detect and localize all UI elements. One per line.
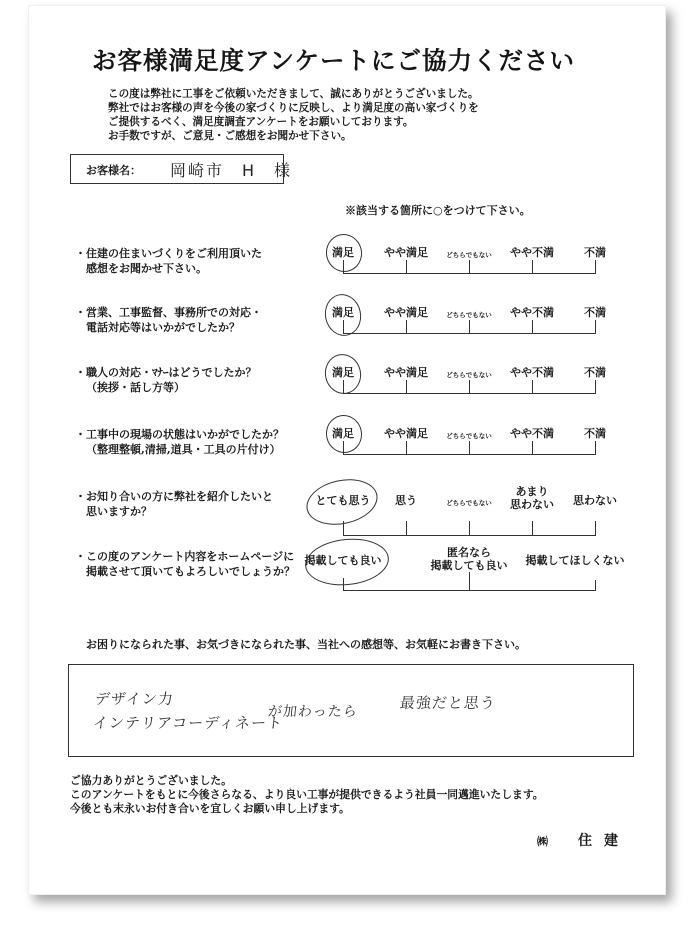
option-somewhat-dissatisfied[interactable]: やや不満 bbox=[510, 427, 554, 440]
scale-tick bbox=[532, 521, 533, 536]
handwritten-line: 最強だと思う bbox=[399, 692, 497, 713]
scale-tick bbox=[469, 521, 470, 536]
rating-scale-6: 掲載しても良い 匿名なら 掲載しても良い 掲載してほしくない bbox=[300, 542, 640, 602]
question-text: 職人の対応・ﾏﾅｰはどうでしたか？ bbox=[75, 365, 257, 380]
scale-tick bbox=[595, 580, 596, 591]
scale-tick bbox=[469, 320, 470, 334]
scale-tick bbox=[595, 380, 596, 394]
closing-line: 今後とも末永いお付き合いを宜しくお願い申し上げます。 bbox=[70, 802, 544, 816]
customer-name-label: お客様名： bbox=[86, 162, 141, 178]
scale-tick bbox=[532, 441, 533, 455]
rating-scale-4: 満足 やや満足 どちらでもない やや不満 不満 bbox=[300, 421, 640, 481]
rating-scale-1: 満足 やや満足 どちらでもない やや不満 不満 bbox=[300, 240, 640, 300]
question-text: 思いますか？ bbox=[75, 504, 273, 519]
question-text: 感想をお聞かせ下さい。 bbox=[75, 261, 262, 276]
question-1: ・ 住建の住まいづくりをご利用頂いた 感想をお聞かせ下さい。 bbox=[75, 246, 262, 276]
corporation-mark: ㈱ bbox=[537, 835, 548, 848]
question-4: ・ 工事中の現場の状態はいかがでしたか？ （整理整頓,清掃,道具・工具の片付け） bbox=[75, 427, 284, 457]
selection-circle-mark bbox=[303, 535, 391, 590]
bullet-icon: ・ bbox=[75, 305, 86, 320]
company-name: 住建 bbox=[578, 833, 630, 849]
intro-line: 弊社ではお客様の声を今後の家づくりに反映し、より満足度の高い家づくりを bbox=[108, 101, 479, 115]
option-somewhat-dissatisfied[interactable]: やや不満 bbox=[510, 246, 554, 259]
question-text: 工事中の現場の状態はいかがでしたか？ bbox=[75, 427, 284, 442]
scale-tick bbox=[469, 572, 470, 591]
question-6: ・ この度のアンケート内容をホームページに 掲載させて頂いてもよろしいでしょうか… bbox=[75, 549, 295, 579]
closing-line: ご協力ありがとうございました。 bbox=[70, 774, 544, 788]
option-somewhat-dissatisfied[interactable]: やや不満 bbox=[510, 306, 554, 319]
question-text: お知り合いの方に弊社を紹介したいと bbox=[75, 489, 273, 504]
question-text: この度のアンケート内容をホームページに bbox=[75, 549, 295, 564]
option-ok-if-anonymous[interactable]: 匿名なら 掲載しても良い bbox=[431, 546, 508, 572]
scale-tick bbox=[595, 521, 596, 536]
scale-tick bbox=[532, 260, 533, 274]
scale-tick bbox=[469, 441, 470, 455]
scale-tick bbox=[406, 521, 407, 536]
question-3: ・ 職人の対応・ﾏﾅｰはどうでしたか？ （挨拶・話し方等） bbox=[75, 365, 257, 395]
option-dissatisfied[interactable]: 不満 bbox=[584, 366, 606, 379]
comment-prompt: お困りになられた事、お気づきになられた事、当社への感想等、お気軽にお書き下さい。 bbox=[86, 636, 526, 652]
question-text: （整理整頓,清掃,道具・工具の片付け） bbox=[75, 442, 284, 457]
option-line: 匿名なら bbox=[431, 546, 508, 559]
scale-tick bbox=[532, 320, 533, 334]
option-somewhat-satisfied[interactable]: やや満足 bbox=[384, 366, 428, 379]
question-5: ・ お知り合いの方に弊社を紹介したいと 思いますか？ bbox=[75, 489, 273, 519]
scale-tick bbox=[469, 260, 470, 274]
handwritten-line: インテリアコーディネート bbox=[92, 712, 284, 733]
question-text: 掲載させて頂いてもよろしいでしょうか？ bbox=[75, 564, 295, 579]
option-line: あまり bbox=[510, 485, 554, 498]
survey-title: お客様満足度アンケートにご協力ください bbox=[92, 42, 575, 77]
question-text: 営業、工事監督、事務所での対応・ bbox=[75, 305, 262, 320]
option-somewhat-satisfied[interactable]: やや満足 bbox=[384, 246, 428, 259]
scale-tick bbox=[595, 260, 596, 274]
scale-tick bbox=[406, 380, 407, 394]
selection-circle-mark bbox=[302, 473, 382, 531]
scale-tick bbox=[406, 320, 407, 334]
option-disagree[interactable]: 思わない bbox=[573, 494, 617, 507]
option-neutral[interactable]: どちらでもない bbox=[446, 497, 491, 510]
scale-tick bbox=[595, 320, 596, 334]
option-dissatisfied[interactable]: 不満 bbox=[584, 427, 606, 440]
option-line: 思わない bbox=[510, 498, 554, 511]
handwritten-line: が加わったら bbox=[267, 701, 359, 721]
scale-tick bbox=[406, 260, 407, 274]
question-2: ・ 営業、工事監督、事務所での対応・ 電話対応等はいかがでしたか？ bbox=[75, 305, 262, 335]
option-dissatisfied[interactable]: 不満 bbox=[584, 246, 606, 259]
scale-tick bbox=[532, 380, 533, 394]
intro-paragraph: この度は弊社に工事をご依頼いただきまして、誠にありがとうございました。 弊社では… bbox=[108, 87, 479, 143]
customer-name-value: 岡崎市 H 様 bbox=[170, 158, 292, 181]
option-line: 掲載しても良い bbox=[431, 559, 508, 572]
closing-message: ご協力ありがとうございました。 このアンケートをもとに今後さらなる、より良い工事… bbox=[70, 774, 544, 816]
question-text: 住建の住まいづくりをご利用頂いた bbox=[75, 246, 262, 261]
question-text: （挨拶・話し方等） bbox=[75, 380, 257, 395]
intro-line: お手数ですが、ご意見・ご感想をお聞かせ下さい。 bbox=[108, 129, 479, 143]
intro-line: ご提供するべく、満足度調査アンケートをお願いしております。 bbox=[108, 115, 479, 129]
option-not-really[interactable]: あまり 思わない bbox=[510, 485, 554, 511]
bullet-icon: ・ bbox=[75, 246, 86, 261]
option-somewhat-satisfied[interactable]: やや満足 bbox=[384, 306, 428, 319]
bullet-icon: ・ bbox=[75, 489, 86, 504]
bullet-icon: ・ bbox=[75, 427, 86, 442]
option-somewhat-dissatisfied[interactable]: やや不満 bbox=[510, 366, 554, 379]
question-text: 電話対応等はいかがでしたか？ bbox=[75, 320, 262, 335]
instruction-note: ※該当する箇所に○をつけて下さい。 bbox=[345, 202, 531, 218]
bullet-icon: ・ bbox=[75, 365, 86, 380]
rating-scale-2: 満足 やや満足 どちらでもない やや不満 不満 bbox=[300, 300, 640, 360]
option-somewhat-satisfied[interactable]: やや満足 bbox=[384, 427, 428, 440]
scale-tick bbox=[595, 441, 596, 455]
handwritten-line: デザイン力 bbox=[94, 688, 175, 709]
option-dissatisfied[interactable]: 不満 bbox=[584, 306, 606, 319]
rating-scale-5: とても思う 思う どちらでもない あまり 思わない 思わない bbox=[300, 481, 640, 541]
company-signature: ㈱住建 bbox=[537, 830, 630, 850]
option-agree[interactable]: 思う bbox=[395, 494, 417, 507]
bullet-icon: ・ bbox=[75, 549, 86, 564]
scale-tick bbox=[406, 441, 407, 455]
intro-line: この度は弊社に工事をご依頼いただきまして、誠にありがとうございました。 bbox=[108, 87, 479, 101]
scale-tick bbox=[469, 380, 470, 394]
closing-line: このアンケートをもとに今後さらなる、より良い工事が提供できるよう社員一同邁進いた… bbox=[70, 788, 544, 802]
rating-scale-3: 満足 やや満足 どちらでもない やや不満 不満 bbox=[300, 360, 640, 420]
option-do-not-publish[interactable]: 掲載してほしくない bbox=[526, 554, 625, 567]
